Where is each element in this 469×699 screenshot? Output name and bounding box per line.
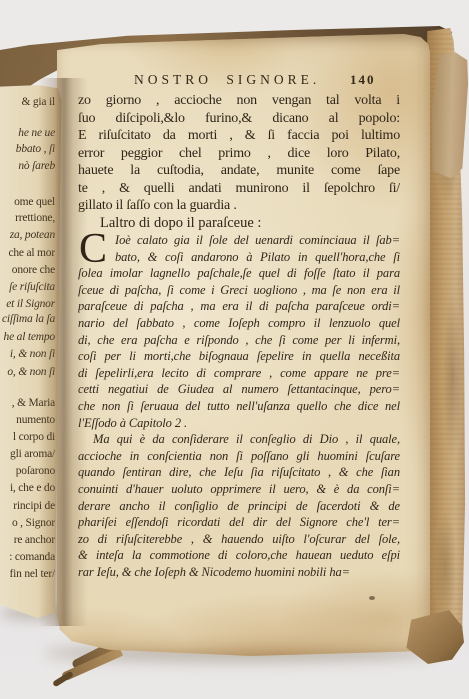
text-line: di, che era paſcha e riſpondo , che ſi c… <box>78 332 400 349</box>
text-line: rar Ieſu, & che Ioſeph & Nicodemo huomin… <box>78 564 400 581</box>
left-page-fragment: o , Signor <box>12 517 55 535</box>
text-line: te , & quelli andati munirono il ſepolch… <box>78 180 400 198</box>
text-line: nario del ſabbato , come Ioſeph compro i… <box>78 315 400 332</box>
text-line: zo di riſuſciterebbe , & hauendo uiſto l… <box>78 531 400 548</box>
left-page-fragment: nò ſareb <box>18 160 55 178</box>
text-line: l'Eſſodo à Capitolo 2 . <box>78 415 400 432</box>
ink-speck <box>369 596 375 600</box>
page-number: 140 <box>350 72 376 88</box>
left-page-fragment: o, & non ſi <box>7 366 55 384</box>
text-line: derare ancho il conſiglio de principi de… <box>78 498 400 515</box>
text-line: bato, & coſi andarono à Pilato in quell'… <box>78 249 400 266</box>
text-line: accioche in conſcientia non ſi poſſano g… <box>78 448 400 465</box>
text-line: Ma qui è da conſiderare il conſeglio di … <box>78 431 400 448</box>
text-line: quando ſentiran dire, che Ieſu ſia riſuſ… <box>78 464 400 481</box>
left-page-fragment: i, & non ſi <box>10 348 55 366</box>
left-page-fragment: gli aroma/ <box>10 448 55 466</box>
left-page-fragment: numento <box>16 414 55 432</box>
main-page: NOSTRO SIGNORE. 140 zo giorno , accioche… <box>57 34 430 656</box>
section-heading: Laltro di dopo il paraſceue : <box>78 215 400 233</box>
left-page-fragment: & gia il <box>21 96 55 114</box>
left-page-fragment: bbato , ſi <box>16 143 55 161</box>
text-line: ſceue di paſcha, ſi come i Greci uoglion… <box>78 282 400 299</box>
left-page-fragment: poſarono <box>16 465 55 483</box>
paragraph-easter-eve: C Ioè calato gia il ſole del uenardi com… <box>78 232 400 431</box>
text-line: coſi per li morti,che biſognaua ſepelire… <box>78 348 400 365</box>
paragraph-counsel-of-god: Ma qui è da conſiderare il conſeglio di … <box>78 431 400 580</box>
text-line: cetti negatiui de Giudea al numero ſetta… <box>78 381 400 398</box>
photo-of-antique-book: NOSTRO SIGNORE. 140 zo giorno , accioche… <box>0 0 469 699</box>
left-page-fragment: onore che <box>12 264 55 282</box>
text-line: paraſceue di paſcha , ma era il di paſch… <box>78 298 400 315</box>
left-page-fragment: fin nel ter/ <box>10 568 56 586</box>
left-page-fragment: ſe riſuſcita <box>9 281 55 299</box>
left-page-fragment: i, che e do <box>10 482 55 500</box>
running-header-title: NOSTRO SIGNORE. <box>134 72 320 87</box>
text-line: di ſepelirli,era lecito di comprare , co… <box>78 365 400 382</box>
drop-cap: C <box>79 233 107 266</box>
left-page-fragment: l corpo di <box>13 431 55 449</box>
left-page-fragment: rincipi de <box>13 500 55 518</box>
text-line: conuinti d'hauer uoluto opprimere il uer… <box>78 481 400 498</box>
text-line: E riſuſcitato da morti , & ſi faccia poi… <box>78 127 400 145</box>
text-line: & inteſa la commotione di coloro,che hau… <box>78 547 400 564</box>
previous-page-fore-edge: & gia ilhe ne uebbato , ſinò ſarebome qu… <box>0 84 62 618</box>
left-page-fragment: che al mor <box>8 247 55 265</box>
text-line: hauete la cuſtodia, andate, munite come … <box>78 162 400 180</box>
running-header: NOSTRO SIGNORE. 140 <box>78 72 400 92</box>
text-line: che non ſi ſeruaua del tutto nell'uſanza… <box>78 398 400 415</box>
printed-text-block: NOSTRO SIGNORE. 140 zo giorno , accioche… <box>78 72 400 580</box>
left-page-fragment: : comanda <box>9 551 55 569</box>
text-line: error peggior chel primo , dice loro Pil… <box>78 145 400 163</box>
text-line: ſolea imolar lagnello paſchale,ſe quel d… <box>78 265 400 282</box>
left-page-fragment: ciſſima la ſa <box>2 313 55 331</box>
left-page-fragment: re anchor <box>14 534 55 552</box>
left-page-fragment: he al tempo <box>4 331 55 349</box>
left-page-fragment: rrettione, <box>15 212 55 230</box>
left-page-fragment: he ne ue <box>18 127 55 145</box>
text-line: zo giorno , accioche non vengan tal volt… <box>78 92 400 110</box>
left-page-fragment: ome quel <box>14 196 55 214</box>
paragraph-continuation: zo giorno , accioche non vengan tal volt… <box>78 92 400 215</box>
text-line: gillato il ſaſſo con la guardia . <box>78 197 400 215</box>
left-page-fragment: , & Maria <box>12 397 55 415</box>
text-line: ſuo diſcipoli,&lo furino,& dicano al pop… <box>78 110 400 128</box>
text-line: phariſei eſſendoſi ricordati del dir del… <box>78 514 400 531</box>
text-line: Ioè calato gia il ſole del uenardi comin… <box>78 232 400 249</box>
left-page-fragment: za, potean <box>10 229 55 247</box>
paragraph-easter-eve-lines: Ioè calato gia il ſole del uenardi comin… <box>78 232 400 431</box>
